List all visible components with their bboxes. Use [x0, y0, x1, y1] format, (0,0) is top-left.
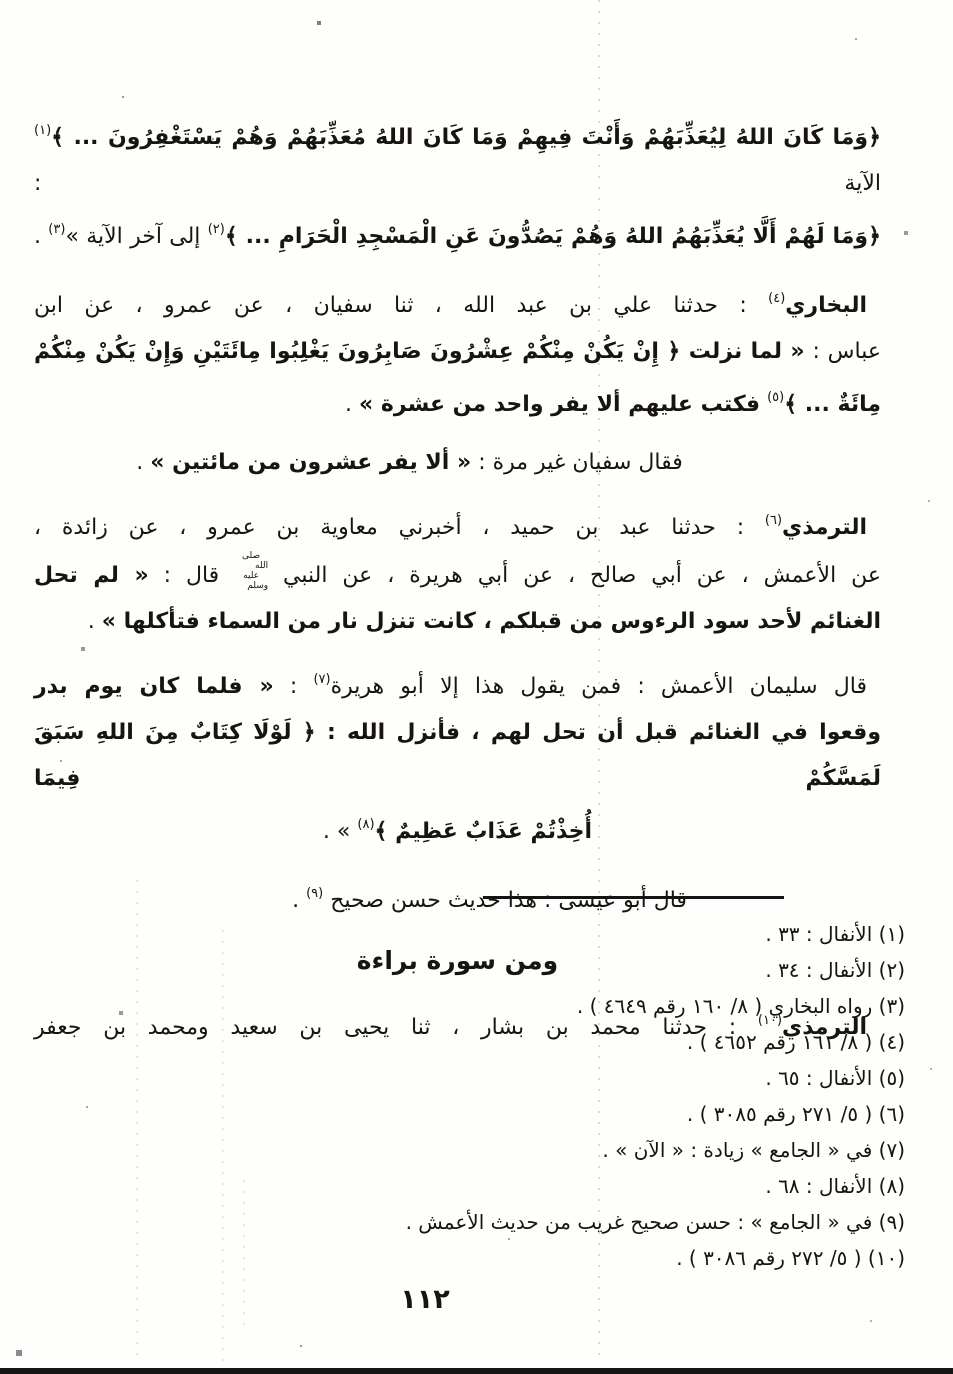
bukhari-isnad-line-2: عباس : « لما نزلت ﴿ إِنْ يَكُنْ مِنْكُمْ… [34, 329, 881, 375]
text-segment: . [345, 392, 359, 417]
text-segment: الغنائم لأحد سود الرءوس من قبلكم ، كانت … [102, 609, 881, 634]
footnote-10: (١٠) ( ٥/ ٢٧٢ رقم ٣٠٨٦ ) . [40, 1240, 905, 1276]
text-segment: فكتب عليهم ألا يفر واحد من عشرة » [359, 392, 760, 417]
footnote-6: (٦) ( ٥/ ٢٧١ رقم ٣٠٨٥ ) . [40, 1096, 905, 1132]
page-number: ١١٢ [370, 1284, 480, 1315]
footnote-marker: (٥) [767, 390, 784, 405]
footnote-marker: (٤) [768, 291, 785, 306]
footnote-3: (٣) رواه البخاري ( ٨/ ١٦٠ رقم ٤٦٤٩ ) . [40, 988, 905, 1024]
footnote-marker: (٦) [765, 513, 782, 528]
text-segment: ﴿وَمَا كَانَ اللهُ لِيُعَذِّبَهُمْ وَأَن… [51, 125, 881, 150]
text-segment: ﴿وَمَا لَهُمْ أَلَّا يُعَذِّبَهُمُ اللهُ… [225, 224, 881, 249]
tirmidhi-isnad-line-1: الترمذي(٦) : حدثنا عبد بن حميد ، أخبرني … [34, 498, 881, 551]
footnote-4: (٤) ( ٨/ ١٦١ رقم ٤٦٥٢ ) . [40, 1024, 905, 1060]
tirmidhi-matn-line: الغنائم لأحد سود الرءوس من قبلكم ، كانت … [34, 599, 881, 645]
amash-saying-line-3: أُخِذْتُمْ عَذَابٌ عَظِيمٌ ﴾(٨) » . [34, 802, 881, 855]
text-segment: . [136, 450, 150, 475]
main-text-block: ﴿وَمَا كَانَ اللهُ لِيُعَذِّبَهُمْ وَأَن… [34, 108, 881, 1051]
tirmidhi-isnad-line-2: عن الأعمش ، عن أبي صالح ، عن أبي هريرة ،… [34, 551, 881, 599]
verse-line-2: ﴿وَمَا لَهُمْ أَلَّا يُعَذِّبَهُمُ اللهُ… [34, 207, 881, 260]
text-segment: عن الأعمش ، عن أبي صالح ، عن أبي هريرة ،… [268, 563, 881, 588]
text-segment: وقعوا في الغنائم قبل أن تحل لهم ، فأنزل … [34, 720, 881, 791]
footnote-5: (٥) الأنفال : ٦٥ . [40, 1060, 905, 1096]
scan-edge-strip [0, 1368, 953, 1374]
footnote-marker: (٩) [306, 886, 323, 901]
text-segment: قال : [149, 563, 234, 588]
footnotes-block: (١) الأنفال : ٣٣ .(٢) الأنفال : ٣٤ .(٣) … [40, 916, 905, 1276]
footnote-separator [483, 896, 784, 899]
footnote-marker: (٨) [357, 817, 374, 832]
text-segment: البخاري [785, 293, 867, 318]
text-segment: الآية : [34, 171, 881, 196]
text-segment: فقال سفيان غير مرة : [471, 450, 683, 475]
bukhari-matn-line: مِائَةٌ ... ﴾(٥) فكتب عليهم ألا يفر واحد… [34, 375, 881, 428]
text-segment: عباس : [805, 339, 881, 364]
text-segment: مِائَةٌ ... ﴾ [784, 392, 881, 417]
amash-saying-line-2: وقعوا في الغنائم قبل أن تحل لهم ، فأنزل … [34, 710, 881, 802]
text-segment: إلى آخر الآية » [65, 224, 207, 249]
footnote-marker: (٢) [208, 222, 225, 237]
bukhari-isnad-line-1: البخاري(٤) : حدثنا علي بن عبد الله ، ثنا… [34, 276, 881, 329]
text-segment: « لما نزلت ﴿ إِنْ يَكُنْ مِنْكُمْ عِشْرُ… [34, 339, 805, 364]
scan-noise-line [222, 930, 224, 1364]
scan-noise-line [243, 1180, 245, 1334]
verse-line-1: ﴿وَمَا كَانَ اللهُ لِيُعَذِّبَهُمْ وَأَن… [34, 108, 881, 207]
footnote-8: (٨) الأنفال : ٦٨ . [40, 1168, 905, 1204]
footnote-9: (٩) في « الجامع » : حسن صحيح غريب من حدي… [40, 1204, 905, 1240]
text-segment: » . [323, 819, 357, 844]
text-segment: « فلما كان يوم بدر [34, 674, 274, 699]
text-segment: « لم تحل [34, 563, 149, 588]
sufyan-saying-line: فقال سفيان غير مرة : « ألا يفر عشرون من … [34, 440, 881, 486]
scan-speckles [0, 0, 2, 2]
footnote-1: (١) الأنفال : ٣٣ . [40, 916, 905, 952]
footnote-marker: (١) [34, 123, 51, 138]
footnote-7: (٧) في « الجامع » زيادة : « الآن » . [40, 1132, 905, 1168]
text-segment: « ألا يفر عشرون من مائتين » [150, 450, 471, 475]
prophet-salutation-ligature: صلى اللهعليه وسلم [234, 551, 268, 591]
scan-noise-line [598, 0, 600, 1364]
text-segment: : [274, 674, 314, 699]
text-segment: . [292, 888, 306, 913]
text-segment: : حدثنا عبد بن حميد ، أخبرني معاوية بن ع… [34, 515, 765, 540]
amash-saying-line-1: قال سليمان الأعمش : فمن يقول هذا إلا أبو… [34, 657, 881, 710]
scanned-page: ﴿وَمَا كَانَ اللهُ لِيُعَذِّبَهُمْ وَأَن… [0, 0, 953, 1374]
footnote-marker: (٧) [313, 672, 330, 687]
text-segment: . [34, 224, 48, 249]
text-segment: أُخِذْتُمْ عَذَابٌ عَظِيمٌ ﴾ [375, 819, 593, 844]
footnote-2: (٢) الأنفال : ٣٤ . [40, 952, 905, 988]
text-segment: : حدثنا علي بن عبد الله ، ثنا سفيان ، عن… [34, 293, 768, 318]
scan-noise-line [136, 880, 138, 1364]
text-segment: الترمذي [782, 515, 867, 540]
text-segment: . [88, 609, 102, 634]
text-segment: قال أبو عيسى : هذا حديث حسن صحيح [323, 888, 687, 913]
footnote-marker: (٣) [48, 222, 65, 237]
